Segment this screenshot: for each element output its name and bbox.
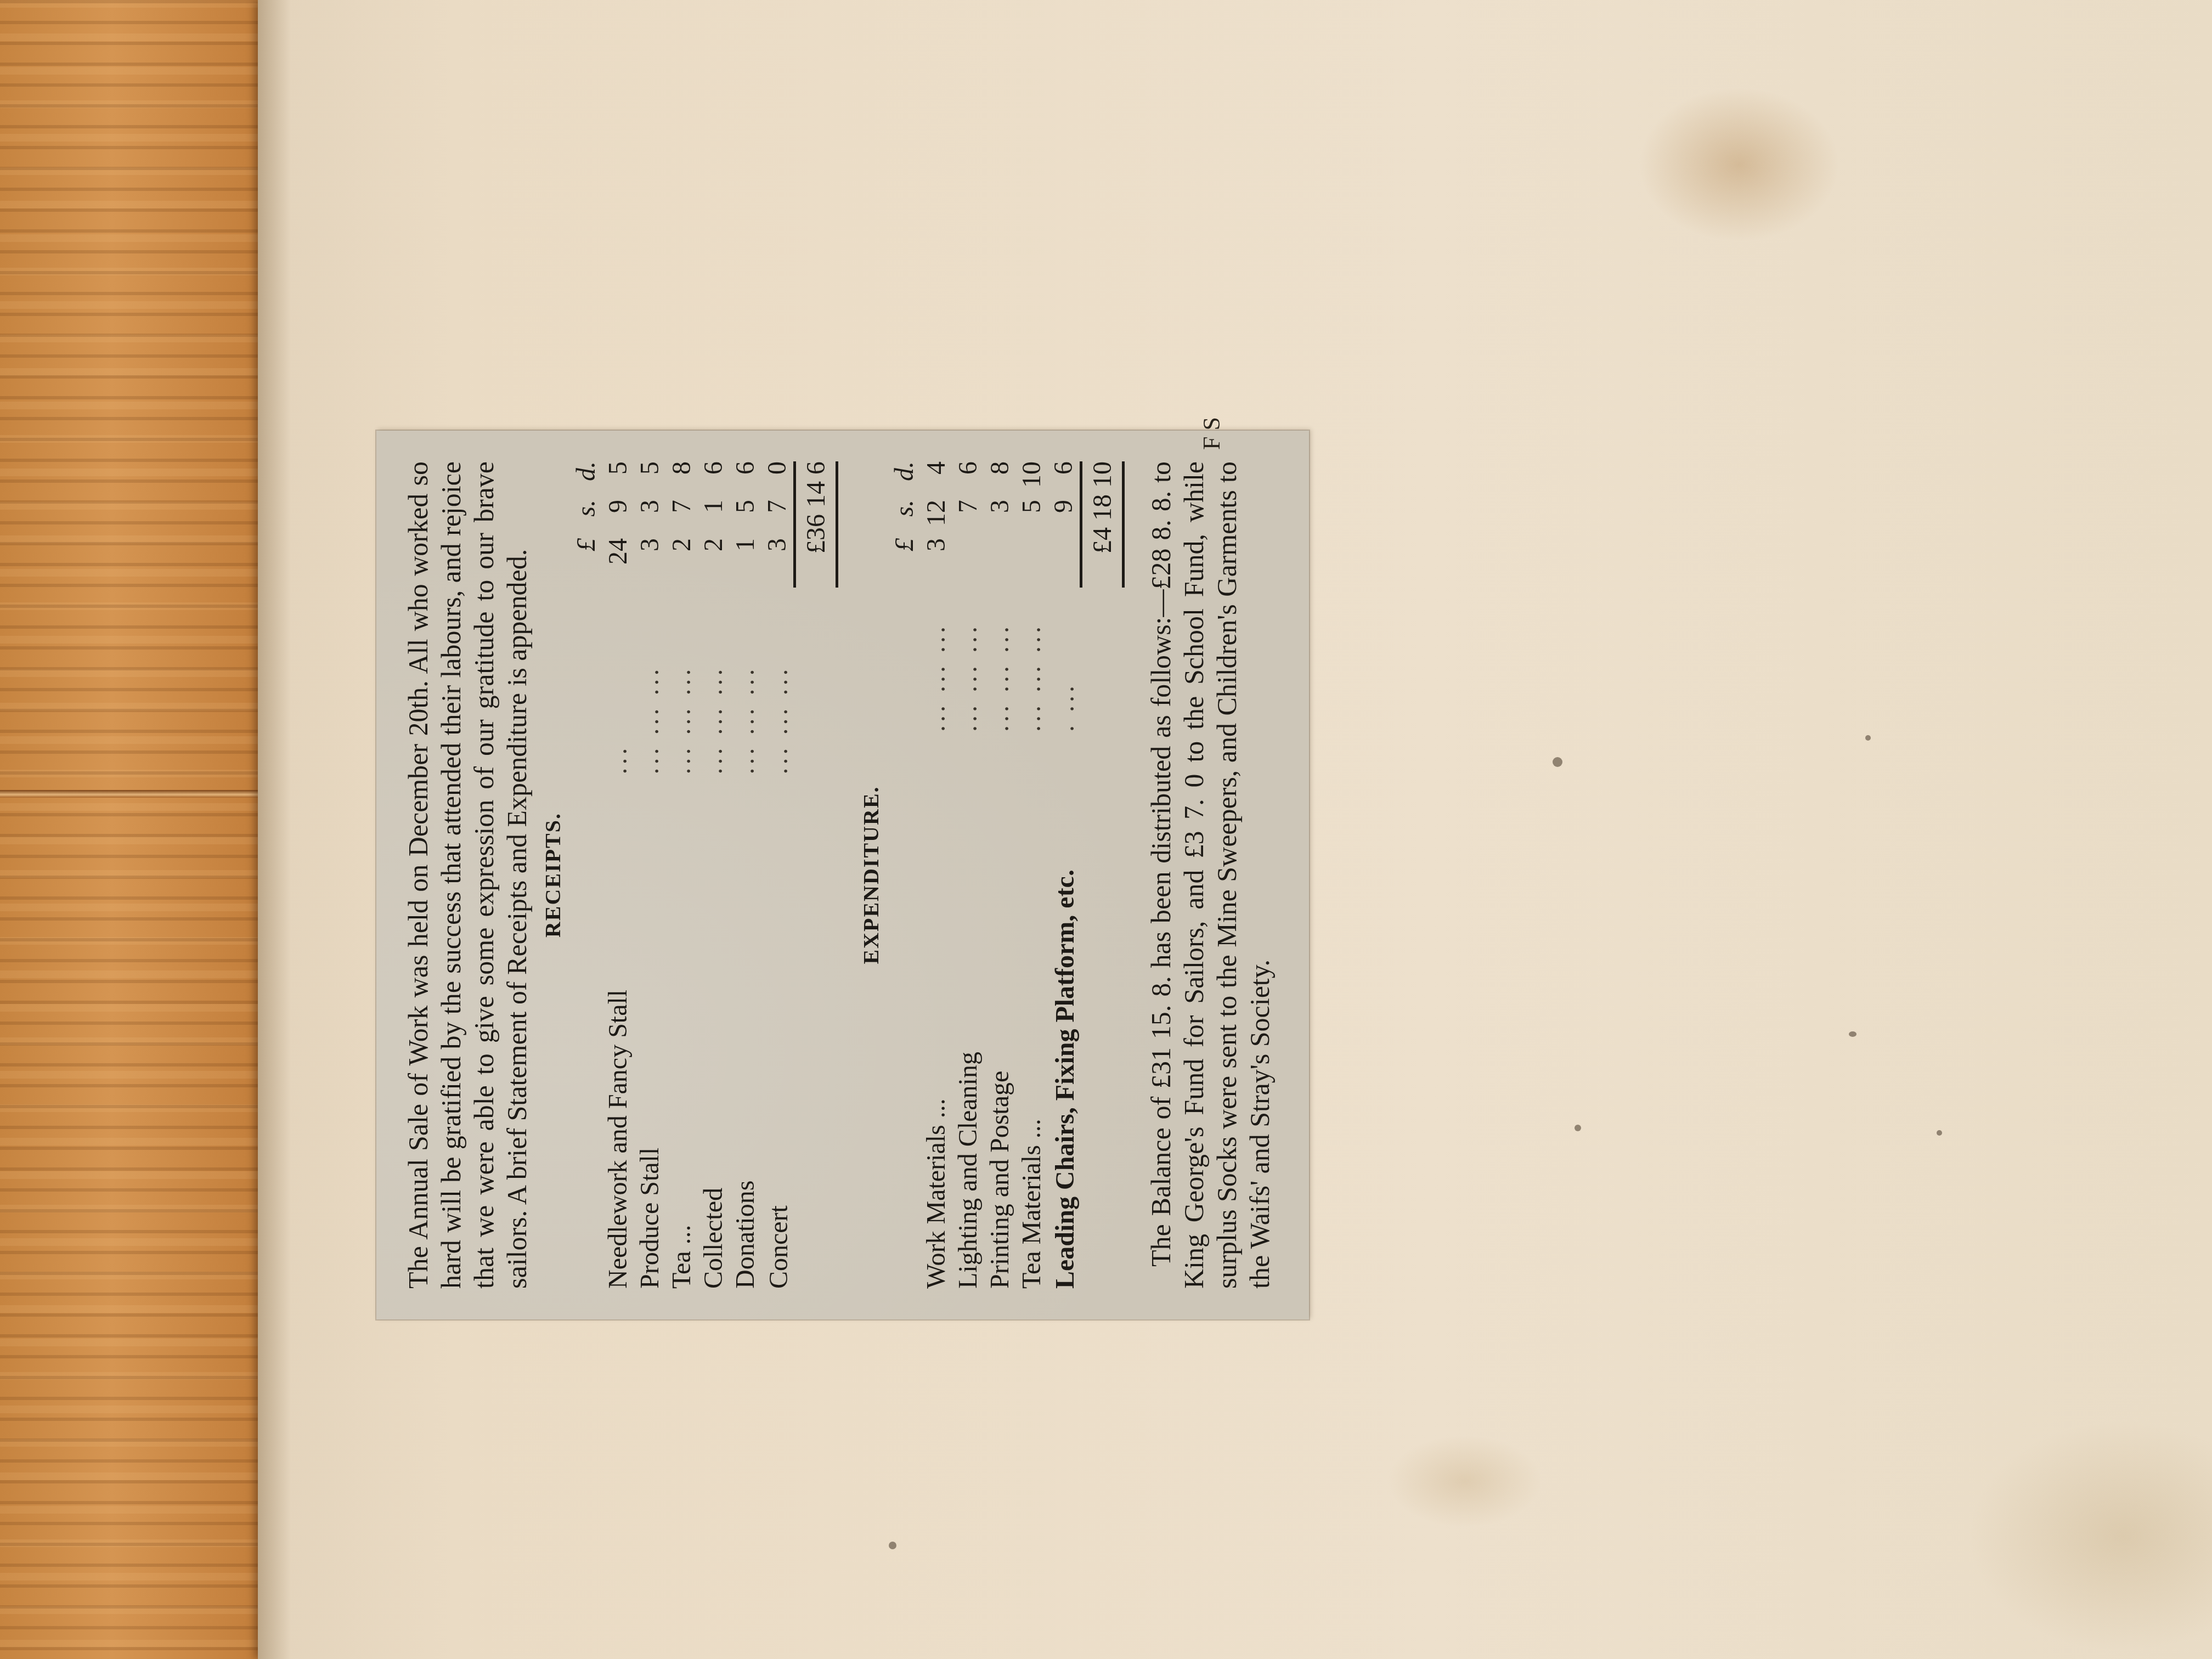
expenditure-item: Leading Chairs, Fixing Platform, etc. (1048, 732, 1081, 1289)
receipt-item: Collected (698, 775, 730, 1289)
page-spine-shadow (258, 0, 291, 1659)
foxing-speck (1849, 1031, 1857, 1037)
receipt-shillings: 9 (602, 500, 634, 538)
receipt-pounds: 2 (666, 538, 698, 588)
expenditure-pounds (1016, 538, 1048, 588)
expenditure-row: Printing and Postage ... ... ... 3 8 (984, 461, 1016, 1289)
closing-paragraph: The Balance of £31 15. 8. has been distr… (1144, 461, 1276, 1289)
foxing-speck (1553, 757, 1562, 767)
leader-dots: ... ... ... (730, 588, 761, 775)
newspaper-clipping: The Annual Sale of Work was held on Dece… (376, 431, 1309, 1319)
wood-plank-seam (0, 790, 280, 798)
receipt-row: Tea ... ... ... ... 2 7 8 (666, 461, 698, 1289)
receipt-pence: 6 (698, 461, 730, 500)
receipt-item: Concert (761, 775, 795, 1289)
expenditure-pounds (984, 538, 1016, 588)
leader-dots: ... (602, 588, 634, 775)
foxing-speck (1937, 1130, 1942, 1136)
receipt-pence: 6 (730, 461, 761, 500)
expenditure-pence: 10 (1016, 461, 1048, 500)
expenditure-item: Tea Materials ... (1016, 732, 1048, 1289)
expenditure-pence: 4 (921, 461, 952, 500)
expenditure-pence: 6 (1048, 461, 1081, 500)
receipts-header-row: £ s. d. (571, 461, 602, 1289)
expenditure-item: Work Materials ... (921, 732, 952, 1289)
receipt-row: Concert ... ... ... 3 7 0 (761, 461, 795, 1289)
expenditure-pounds (952, 538, 984, 588)
intro-paragraph: The Annual Sale of Work was held on Dece… (402, 461, 533, 1289)
receipts-heading: RECEIPTS. (537, 461, 569, 1289)
leader-dots: ... ... ... (634, 588, 666, 775)
foxing-speck (1575, 1125, 1581, 1131)
pence-column-header: d. (889, 461, 921, 500)
receipt-pounds: 3 (634, 538, 666, 588)
receipt-shillings: 5 (730, 500, 761, 538)
expenditure-row: Tea Materials ... ... ... ... 5 10 (1016, 461, 1048, 1289)
leader-dots: ... ... ... (761, 588, 795, 775)
leader-dots: ... ... ... (921, 588, 952, 732)
receipt-pence: 5 (634, 461, 666, 500)
receipt-item: Donations (730, 775, 761, 1289)
leader-dots: . ... (1048, 588, 1081, 732)
expenditure-pounds (1048, 538, 1081, 588)
receipt-pounds: 3 (761, 538, 795, 588)
receipt-shillings: 7 (666, 500, 698, 538)
leader-dots: ... ... ... (666, 588, 698, 775)
expenditure-table: £ s. d. Work Materials ... ... ... ... 3… (889, 461, 1125, 1289)
expenditure-shillings: 7 (952, 500, 984, 538)
receipt-row: Collected ... ... ... 2 1 6 (698, 461, 730, 1289)
expenditure-shillings: 12 (921, 500, 952, 538)
leader-dots: ... ... ... (1016, 588, 1048, 732)
receipt-shillings: 3 (634, 500, 666, 538)
adjacent-clipping-fragment: F S (1199, 417, 1225, 450)
pounds-column-header: £ (571, 538, 602, 588)
receipt-row: Needlework and Fancy Stall ... 24 9 5 (602, 461, 634, 1289)
receipt-item: Tea ... (666, 775, 698, 1289)
newspaper-clipping-area: The Annual Sale of Work was held on Dece… (376, 431, 1309, 1319)
expenditure-item: Printing and Postage (984, 732, 1016, 1289)
expenditure-shillings: 5 (1016, 500, 1048, 538)
receipt-item: Needlework and Fancy Stall (602, 775, 634, 1289)
pounds-column-header: £ (889, 538, 921, 588)
receipt-row: Produce Stall ... ... ... 3 3 5 (634, 461, 666, 1289)
expenditure-heading: EXPENDITURE. (855, 461, 888, 1289)
receipt-pence: 8 (666, 461, 698, 500)
receipts-total-row: £36 14 6 (795, 461, 837, 1289)
receipt-pounds: 2 (698, 538, 730, 588)
expenditure-pounds: 3 (921, 538, 952, 588)
wooden-table (0, 0, 280, 1659)
receipts-total: £36 14 6 (795, 461, 837, 588)
expenditure-pence: 6 (952, 461, 984, 500)
receipt-row: Donations ... ... ... 1 5 6 (730, 461, 761, 1289)
foxing-speck (889, 1542, 896, 1549)
shillings-column-header: s. (571, 500, 602, 538)
expenditure-header-row: £ s. d. (889, 461, 921, 1289)
expenditure-total: £4 18 10 (1081, 461, 1124, 588)
expenditure-total-row: £4 18 10 (1081, 461, 1124, 1289)
foxing-speck (1865, 735, 1871, 741)
leader-dots: ... ... ... (698, 588, 730, 775)
receipt-pence: 0 (761, 461, 795, 500)
receipt-pounds: 1 (730, 538, 761, 588)
expenditure-shillings: 9 (1048, 500, 1081, 538)
receipt-pence: 5 (602, 461, 634, 500)
receipts-table: £ s. d. Needlework and Fancy Stall ... 2… (571, 461, 838, 1289)
shillings-column-header: s. (889, 500, 921, 538)
pence-column-header: d. (571, 461, 602, 500)
receipt-shillings: 1 (698, 500, 730, 538)
receipt-pounds: 24 (602, 538, 634, 588)
expenditure-row: Lighting and Cleaning ... ... ... 7 6 (952, 461, 984, 1289)
leader-dots: ... ... ... (984, 588, 1016, 732)
receipt-shillings: 7 (761, 500, 795, 538)
leader-dots: ... ... ... (952, 588, 984, 732)
receipt-item: Produce Stall (634, 775, 666, 1289)
expenditure-item: Lighting and Cleaning (952, 732, 984, 1289)
expenditure-shillings: 3 (984, 500, 1016, 538)
expenditure-pence: 8 (984, 461, 1016, 500)
expenditure-row: Work Materials ... ... ... ... 3 12 4 (921, 461, 952, 1289)
expenditure-row: Leading Chairs, Fixing Platform, etc. . … (1048, 461, 1081, 1289)
